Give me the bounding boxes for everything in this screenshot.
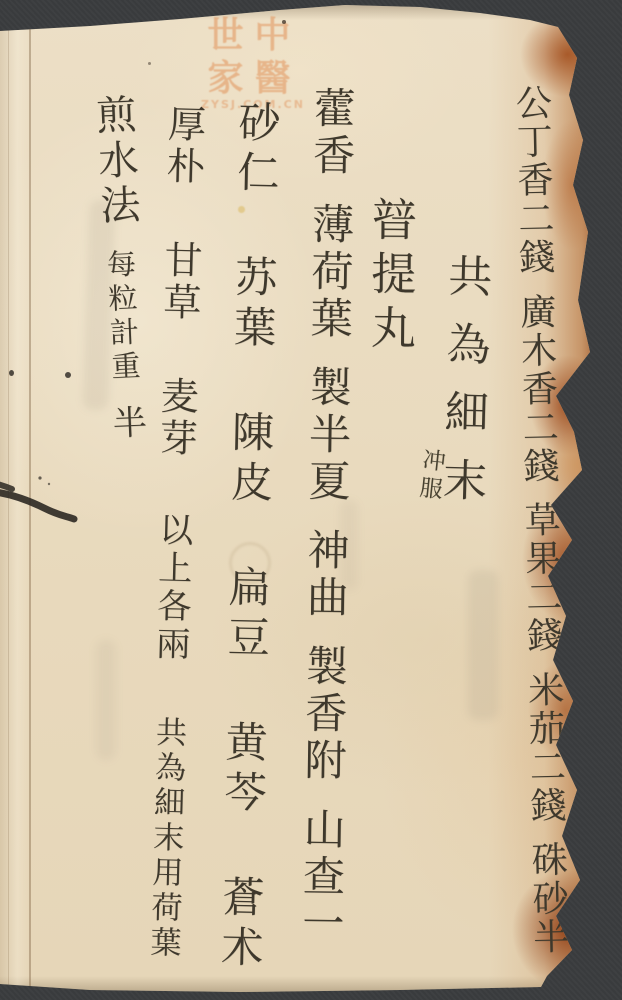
text-run: 製香附 [301, 644, 345, 786]
text-run: 每粒計重 [104, 248, 139, 385]
text-run: 草果二錢 [521, 501, 560, 656]
text-run: 冲服 [415, 447, 444, 505]
text-run: 砂仁 [234, 100, 278, 201]
text-column-grind-instruction: 共為細末 [437, 252, 488, 525]
text-run: 半 [109, 404, 145, 444]
ink-smear [0, 470, 90, 530]
text-column-ingredients-2: 砂仁苏葉陳皮扁豆黄芩蒼术 [218, 100, 278, 976]
text-run: 煎水法 [92, 93, 138, 230]
text-run: 中 [249, 14, 296, 57]
text-run: 家 [202, 57, 249, 100]
text-run: 共為細末 [437, 252, 488, 525]
text-run: 藿香 [310, 86, 353, 181]
text-run: 暜提丸 [367, 196, 413, 358]
text-run: 神曲 [304, 528, 347, 623]
text-run: 共為細末用荷葉 [146, 715, 183, 961]
text-run: 陳皮 [227, 409, 271, 510]
text-run: 廣木香二錢 [516, 292, 556, 485]
ink-speck [148, 62, 151, 65]
page-title: 暜提丸 [367, 196, 413, 358]
ink-show-through [96, 640, 116, 760]
ink-show-through [468, 570, 498, 720]
photo-background: 中醫世家 ZYSJ.COM.CN 公丁香二錢廣木香二錢草果二錢米茄二錢硃砂半 共… [0, 0, 622, 1000]
text-column-ingredients-1: 藿香薄荷葉製半夏神曲製香附山查一 [299, 86, 353, 949]
text-run: 製半夏 [305, 365, 349, 507]
text-run: 黄芩 [221, 719, 265, 820]
text-run: 山查一 [299, 807, 343, 949]
text-column-dose-note: 冲服 [415, 447, 444, 505]
ink-speck [282, 20, 286, 24]
text-run: 以上各兩 [152, 511, 190, 664]
text-run: 厚朴 [163, 104, 203, 189]
page-top-shadow [0, 0, 622, 20]
text-run: 米茄二錢 [524, 670, 563, 825]
watermark-seal: 中醫世家 [202, 14, 296, 100]
paper-speck [238, 206, 245, 213]
text-run: 甘草 [159, 239, 199, 324]
ink-dot [65, 372, 71, 378]
text-run: 世 [202, 14, 249, 57]
text-run: 硃砂半 [528, 840, 566, 956]
text-run: 麦芽 [156, 375, 196, 460]
text-run: 蒼术 [218, 874, 262, 975]
text-column-ingredients-3: 厚朴甘草麦芽以上各兩共為細末用荷葉 [143, 104, 203, 962]
text-run: 扁豆 [224, 564, 268, 665]
text-run: 薄荷葉 [307, 202, 351, 344]
manuscript-page: 中醫世家 ZYSJ.COM.CN 公丁香二錢廣木香二錢草果二錢米茄二錢硃砂半 共… [0, 0, 622, 1000]
text-run: 公丁香二錢 [512, 84, 552, 277]
ink-dot [9, 370, 14, 376]
text-run: 苏葉 [231, 255, 275, 356]
text-run: 醫 [249, 57, 296, 100]
